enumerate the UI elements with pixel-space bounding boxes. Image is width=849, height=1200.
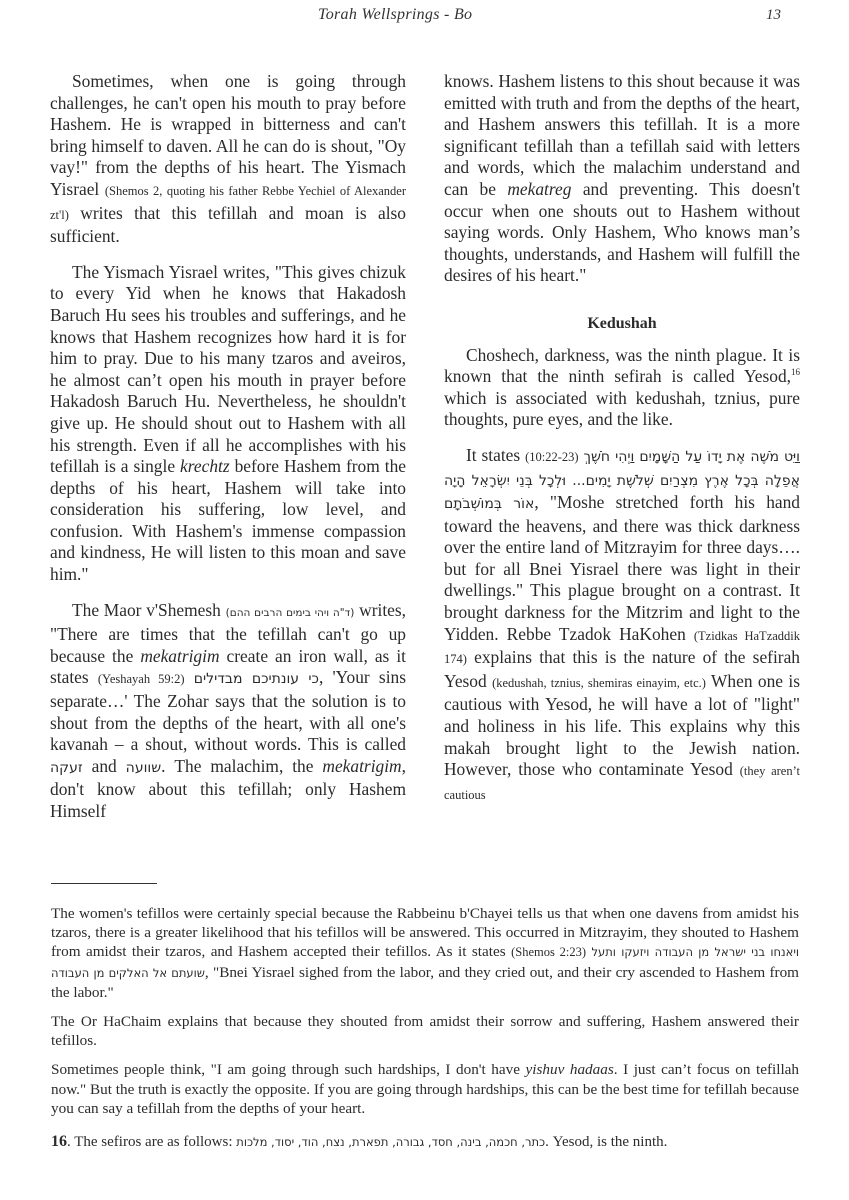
footnote-paragraph: The women's tefillos were certainly spec… — [51, 904, 799, 1002]
text: , "Moshe stretched forth his hand toward… — [444, 492, 800, 644]
hebrew-source-citation: (ד"ה ויהי בימים הרבים ההם) — [226, 607, 355, 619]
running-header: Torah Wellsprings - Bo 13 — [0, 4, 849, 28]
text: It states — [466, 445, 525, 465]
right-column: knows. Hashem listens to this shout beca… — [444, 71, 800, 820]
italic-term: mekatrigim — [322, 756, 401, 776]
text: . The sefiros are as follows: — [67, 1134, 236, 1150]
paragraph: The Maor v'Shemesh (ד"ה ויהי בימים הרבים… — [50, 600, 406, 823]
italic-term: krechtz — [180, 456, 230, 476]
paragraph: The Yismach Yisrael writes, "This gives … — [50, 262, 406, 586]
source-citation: (kedushah, tznius, shemiras einayim, etc… — [492, 676, 706, 690]
hebrew-term: שוועה — [126, 760, 161, 776]
paragraph: Sometimes, when one is going through cha… — [50, 71, 406, 248]
paragraph: knows. Hashem listens to this shout beca… — [444, 71, 800, 287]
text: and — [83, 756, 126, 776]
footnote-paragraph: Sometimes people think, "I am going thro… — [51, 1060, 799, 1118]
paragraph: Choshech, darkness, was the ninth plague… — [444, 345, 800, 431]
section-heading: Kedushah — [444, 313, 800, 335]
text: Choshech, darkness, was the ninth plague… — [444, 345, 800, 387]
italic-term: yishuv hadaas — [526, 1061, 614, 1078]
text: writes that this tefillah and moan is al… — [50, 203, 406, 247]
footnotes-section: The women's tefillos were certainly spec… — [51, 904, 799, 1162]
text: Sometimes, when one is going through cha… — [50, 71, 406, 199]
left-column: Sometimes, when one is going through cha… — [50, 71, 406, 837]
italic-term: mekatrigim — [140, 646, 219, 666]
footnote-16: 16. The sefiros are as follows: כתר, חכמ… — [51, 1132, 799, 1152]
source-citation: (Shemos 2:23) — [511, 945, 586, 959]
footnote-paragraph: The Or HaChaim explains that because the… — [51, 1012, 799, 1050]
text: The Maor v'Shemesh — [72, 600, 226, 620]
footnote-separator — [51, 883, 157, 884]
page-number: 13 — [766, 7, 781, 24]
source-citation: (Yeshayah 59:2) — [98, 672, 185, 686]
text: which is associated with kedushah, tzniu… — [444, 388, 800, 430]
text: . The malachim, the — [161, 756, 322, 776]
hebrew-list: כתר, חכמה, בינה, חסד, גבורה, תפארת, נצח,… — [236, 1135, 545, 1149]
italic-term: mekatreg — [507, 179, 571, 199]
hebrew-quote: כי עונתיכם מבדילים — [194, 671, 319, 687]
paragraph: It states (10:22-23) וַיֵּט מֹשֶׁה אֶת י… — [444, 445, 800, 807]
hebrew-term: זעקה — [50, 760, 83, 776]
book-title: Torah Wellsprings - Bo — [318, 6, 472, 24]
footnote-number: 16 — [51, 1133, 67, 1150]
source-citation: (10:22-23) — [525, 450, 578, 464]
text: . Yesod, is the ninth. — [545, 1134, 667, 1150]
footnote-ref[interactable]: 16 — [791, 367, 800, 377]
text: The Yismach Yisrael writes, "This gives … — [50, 262, 406, 476]
text: Sometimes people think, "I am going thro… — [51, 1061, 526, 1078]
